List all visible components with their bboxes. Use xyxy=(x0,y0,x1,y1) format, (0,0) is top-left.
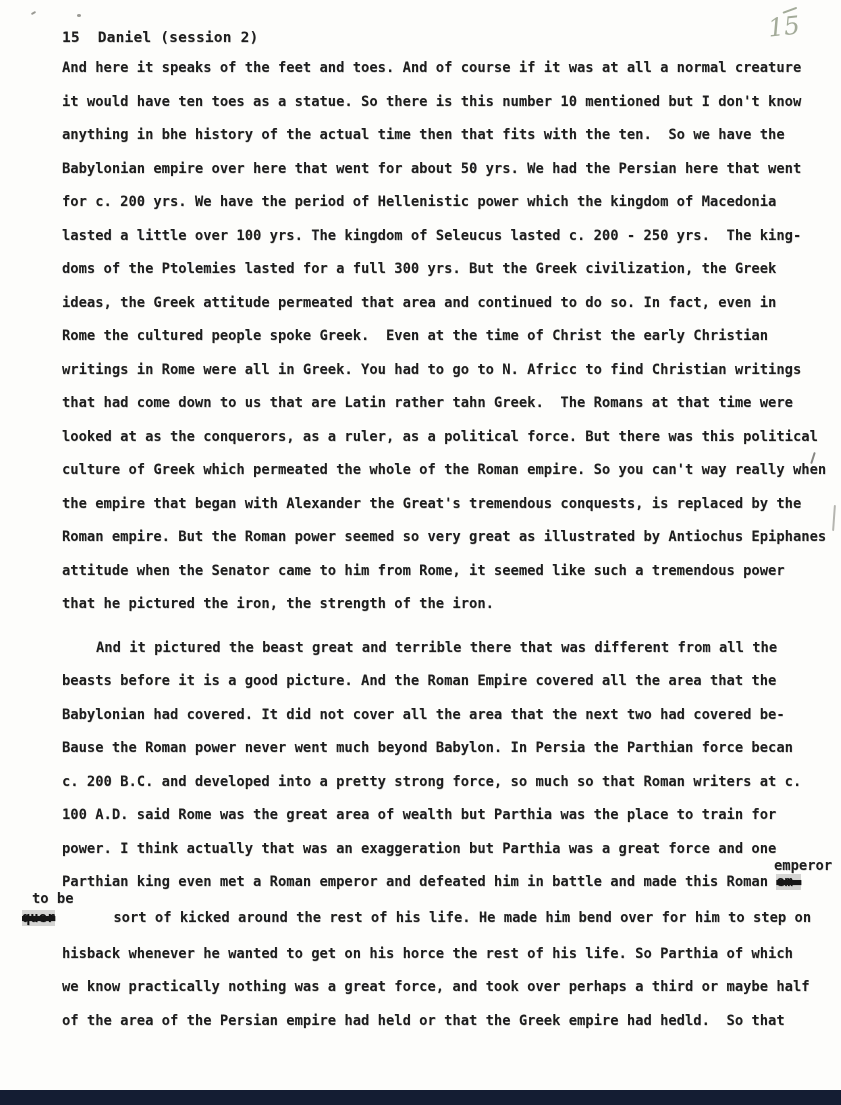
typed-line: Babylonian had covered. It did not cover… xyxy=(62,708,834,742)
typed-line: c. 200 B.C. and developed into a pretty … xyxy=(62,775,834,809)
typed-line: for c. 200 yrs. We have the period of He… xyxy=(62,195,834,229)
stray-mark xyxy=(31,11,36,15)
typed-line: of the area of the Persian empire had he… xyxy=(62,1014,834,1048)
typed-line: 100 A.D. said Rome was the great area of… xyxy=(62,808,834,842)
typed-line: Roman empire. But the Roman power seemed… xyxy=(62,530,834,564)
typed-line: power. I think actually that was an exag… xyxy=(62,842,834,859)
typed-line: Bause the Roman power never went much be… xyxy=(62,741,834,775)
handwritten-page-number: 15 xyxy=(767,10,802,42)
typed-text: sort of kicked around the rest of his li… xyxy=(55,910,811,926)
stray-mark xyxy=(832,505,835,531)
typed-text: Parthian king even met a Roman emperor a… xyxy=(62,874,776,890)
typed-line: Rome the cultured people spoke Greek. Ev… xyxy=(62,329,834,363)
struck-out-text: em- xyxy=(776,874,801,890)
typed-line: we know practically nothing was a great … xyxy=(62,980,834,1014)
typed-line: it would have ten toes as a statue. So t… xyxy=(62,95,834,129)
typed-line: And it pictured the beast great and terr… xyxy=(62,641,834,675)
typed-line: writings in Rome were all in Greek. You … xyxy=(62,363,834,397)
typed-line: Babylonian empire over here that went fo… xyxy=(62,162,834,196)
typed-line: ideas, the Greek attitude permeated that… xyxy=(62,296,834,330)
typed-body: And here it speaks of the feet and toes.… xyxy=(62,61,834,1047)
page-header-title: 15 Daniel (session 2) xyxy=(62,30,258,46)
typed-line: hisback whenever he wanted to get on his… xyxy=(62,947,834,981)
typed-line: doms of the Ptolemies lasted for a full … xyxy=(62,262,834,296)
handwritten-page-number-text: 15 xyxy=(767,10,802,42)
typed-line: that had come down to us that are Latin … xyxy=(62,396,834,430)
document-page: 15 Daniel (session 2) 15 And here it spe… xyxy=(0,0,841,1105)
typed-line: quer sort of kicked around the rest of h… xyxy=(22,911,834,947)
typed-line: beasts before it is a good picture. And … xyxy=(62,674,834,708)
stray-mark xyxy=(77,14,81,17)
typed-line: culture of Greek which permeated the who… xyxy=(62,463,834,497)
typed-line: that he pictured the iron, the strength … xyxy=(62,597,834,631)
typed-line: the empire that began with Alexander the… xyxy=(62,497,834,531)
typed-line: And here it speaks of the feet and toes.… xyxy=(62,61,834,95)
typed-line: looked at as the conquerors, as a ruler,… xyxy=(62,430,834,464)
struck-out-text: quer xyxy=(22,910,55,926)
inserted-word-above: emperor xyxy=(62,859,834,875)
typed-line: lasted a little over 100 yrs. The kingdo… xyxy=(62,229,834,263)
typed-line: anything in bhe history of the actual ti… xyxy=(62,128,834,162)
typed-line: attitude when the Senator came to him fr… xyxy=(62,564,834,598)
scan-edge-bar xyxy=(0,1090,841,1105)
inserted-correction-below: to be xyxy=(32,892,834,911)
typed-line: Parthian king even met a Roman emperor a… xyxy=(62,875,834,892)
